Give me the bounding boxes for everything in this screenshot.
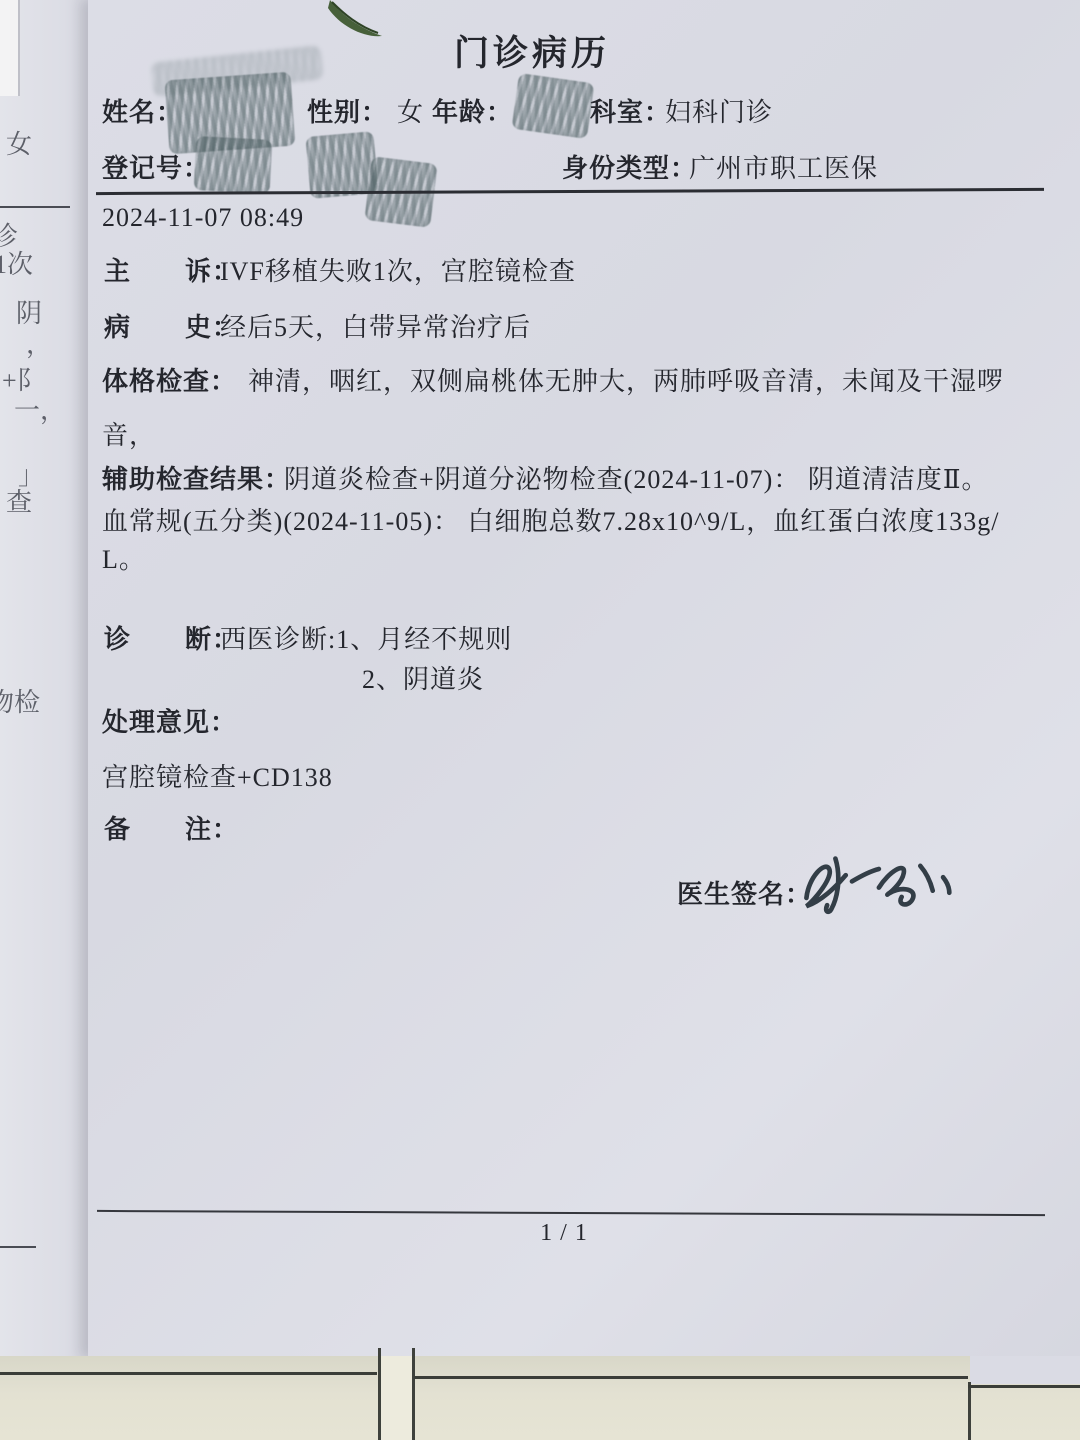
fragment-footer-rule bbox=[0, 1246, 36, 1248]
page-number: 1 / 1 bbox=[516, 1220, 612, 1247]
identity-type-value: 广州市职工医保 bbox=[689, 148, 878, 185]
desk-line bbox=[414, 1376, 968, 1379]
page-bottom-right-corner bbox=[970, 1356, 1080, 1384]
auxiliary-results-line2: 血常规(五分类)(2024-11-05)： 白细胞总数7.28x10^9/L，血… bbox=[102, 501, 1000, 538]
remark-label: 备 注： bbox=[104, 809, 239, 846]
paper-edge-sliver bbox=[0, 0, 20, 96]
fragment-text: 物检 bbox=[0, 682, 40, 719]
page-title: 门诊病历 bbox=[454, 26, 610, 76]
desk-line bbox=[0, 1372, 377, 1375]
fragment-text: 1次 bbox=[0, 244, 33, 281]
auxiliary-results-label: 辅助检查结果： bbox=[102, 459, 291, 496]
redaction-scribble-regno bbox=[194, 136, 273, 194]
diagnosis-label: 诊 断： bbox=[104, 619, 239, 656]
age-label: 年龄： bbox=[432, 92, 513, 129]
auxiliary-results-line3: L。 bbox=[102, 539, 146, 576]
desk-line bbox=[412, 1348, 415, 1440]
physical-exam-line2: 音， bbox=[102, 415, 156, 452]
treatment-value: 宫腔镜检查+CD138 bbox=[102, 757, 333, 794]
fragment-text: ， bbox=[26, 324, 52, 361]
visit-datetime: 2024-11-07 08:49 bbox=[102, 203, 304, 233]
medical-record-page: 门诊病历 姓名： 性别： 女 年龄： 科室： 妇科门诊 登记号： 身份类型： 广… bbox=[88, 0, 1080, 1356]
physical-exam-label: 体格检查： bbox=[102, 361, 237, 398]
physical-exam-line1: 神清，咽红，双侧扁桃体无肿大，两肺呼吸音清，未闻及干湿啰 bbox=[248, 361, 1004, 398]
diagnosis-line1: 西医诊断:1、月经不规则 bbox=[220, 619, 512, 656]
desk-line bbox=[378, 1348, 381, 1440]
diagnosis-line2: 2、阴道炎 bbox=[362, 659, 484, 696]
doctor-signature-label: 医生签名： bbox=[677, 874, 812, 911]
plant-leaf bbox=[324, 0, 388, 42]
fragment-text: 一， bbox=[14, 390, 66, 427]
photo-of-outpatient-record: 女 诊 1次 阴 ， +阝 一， 」 查 物检 门诊病历 姓名： 性别： 女 年… bbox=[0, 0, 1080, 1440]
desk-line bbox=[968, 1382, 971, 1440]
auxiliary-results-line1: 阴道炎检查+阴道分泌物检查(2024-11-07)： 阴道清洁度Ⅱ。 bbox=[284, 459, 989, 496]
desk-line bbox=[968, 1385, 1080, 1388]
redaction-scribble-age bbox=[511, 73, 594, 139]
footer-divider bbox=[97, 1210, 1045, 1216]
fragment-rule bbox=[0, 206, 70, 208]
history-value: 经后5天，白带异常治疗后 bbox=[220, 307, 531, 344]
gender-value: 女 bbox=[397, 92, 424, 129]
department-label: 科室： bbox=[590, 92, 671, 129]
fragment-text: 女 bbox=[6, 124, 32, 161]
gender-label: 性别： bbox=[307, 92, 388, 129]
treatment-opinion-label: 处理意见： bbox=[102, 702, 237, 739]
identity-type-label: 身份类型： bbox=[562, 148, 697, 185]
fragment-text: 查 bbox=[6, 482, 32, 519]
department-value: 妇科门诊 bbox=[665, 92, 773, 129]
desk-light-strip bbox=[380, 1356, 412, 1440]
underlying-page-strip: 女 诊 1次 阴 ， +阝 一， 」 查 物检 bbox=[0, 0, 92, 1356]
history-label: 病 史： bbox=[104, 307, 239, 344]
chief-complaint-value: IVF移植失败1次，宫腔镜检查 bbox=[220, 251, 576, 288]
doctor-signature-handwriting bbox=[794, 846, 970, 924]
chief-complaint-label: 主 诉： bbox=[104, 251, 239, 288]
desk-surface bbox=[0, 1356, 1080, 1440]
